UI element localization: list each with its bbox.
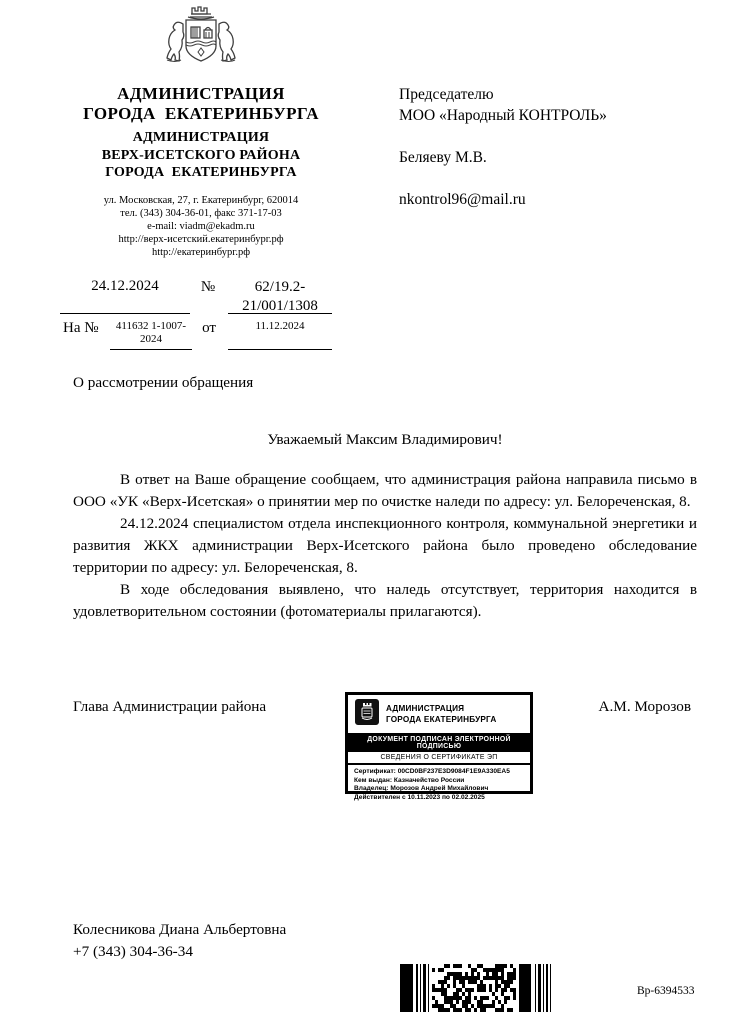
executor-name: Колесникова Диана Альбертовна	[73, 919, 286, 941]
address-line: http://екатеринбург.рф	[40, 246, 362, 259]
letter-subject: О рассмотрении обращения	[73, 374, 573, 392]
recipient-name: Беляеву М.В.	[399, 147, 699, 168]
recipient-position: Председателю	[399, 84, 699, 105]
recipient-block: Председателю МОО «Народный КОНТРОЛЬ» Бел…	[399, 84, 699, 210]
document-barcode	[400, 964, 565, 1012]
stamp-cert-validity: Действителен с 10.11.2023 по 02.02.2025	[354, 794, 528, 803]
reply-to-label: На №	[63, 320, 107, 337]
outgoing-number: 62/19.2-21/001/1308	[228, 278, 332, 314]
from-label: от	[192, 320, 226, 337]
greeting-line: Уважаемый Максим Владимирович!	[73, 431, 697, 449]
letter-body: В ответ на Ваше обращение сообщаем, что …	[73, 469, 697, 623]
outgoing-date: 24.12.2024	[60, 278, 190, 314]
org-address-block: ул. Московская, 27, г. Екатеринбург, 620…	[40, 194, 362, 259]
org-city-title: АДМИНИСТРАЦИЯ ГОРОДА ЕКАТЕРИНБУРГА	[40, 84, 362, 124]
executor-phone: +7 (343) 304-36-34	[73, 941, 286, 963]
stamp-signed-banner: ДОКУМЕНТ ПОДПИСАН ЭЛЕКТРОННОЙ ПОДПИСЬЮ	[348, 733, 530, 752]
barcode-number: Вр-6394533	[637, 985, 695, 997]
stamp-cert-header: СВЕДЕНИЯ О СЕРТИФИКАТЕ ЭП	[348, 752, 530, 766]
address-line: тел. (343) 304-36-01, факс 371-17-03	[40, 207, 362, 220]
address-line: e-mail: viadm@ekadm.ru	[40, 220, 362, 233]
executor-block: Колесникова Диана Альбертовна +7 (343) 3…	[73, 919, 286, 963]
incoming-date: 11.12.2024	[228, 320, 332, 350]
stamp-coat-of-arms-icon	[355, 699, 379, 730]
incoming-number: 411632 1-1007-2024	[110, 320, 192, 350]
signatory-position: Глава Администрации района	[73, 698, 266, 716]
org-district-title: АДМИНИСТРАЦИЯ ВЕРХ-ИСЕТСКОГО РАЙОНА ГОРО…	[40, 129, 362, 182]
address-line: http://верх-исетский.екатеринбург.рф	[40, 233, 362, 246]
stamp-header: АДМИНИСТРАЦИЯ ГОРОДА ЕКАТЕРИНБУРГА	[348, 695, 530, 733]
body-paragraph: 24.12.2024 специалистом отдела инспекцио…	[73, 513, 697, 579]
stamp-cert-owner: Владелец: Морозов Андрей Михайлович	[354, 785, 528, 794]
digital-signature-stamp: АДМИНИСТРАЦИЯ ГОРОДА ЕКАТЕРИНБУРГА ДОКУМ…	[345, 692, 533, 794]
recipient-email: nkontrol96@mail.ru	[399, 189, 699, 210]
stamp-cert-number: Сертификат: 00CD0BF237E3D9084F1E9A330EA5	[354, 768, 528, 777]
signatory-name: А.М. Морозов	[599, 698, 691, 716]
body-paragraph: В ходе обследования выявлено, что наледь…	[73, 579, 697, 623]
recipient-organization: МОО «Народный КОНТРОЛЬ»	[399, 105, 699, 126]
letter-page: АДМИНИСТРАЦИЯ ГОРОДА ЕКАТЕРИНБУРГА АДМИН…	[0, 0, 739, 1023]
stamp-cert-details: Сертификат: 00CD0BF237E3D9084F1E9A330EA5…	[348, 765, 530, 805]
stamp-org-name: АДМИНИСТРАЦИЯ ГОРОДА ЕКАТЕРИНБУРГА	[386, 704, 497, 725]
number-sign-label: №	[190, 279, 226, 296]
address-line: ул. Московская, 27, г. Екатеринбург, 620…	[40, 194, 362, 207]
city-coat-of-arms-icon	[155, 4, 247, 70]
stamp-cert-issuer: Кем выдан: Казначейство России	[354, 777, 528, 786]
body-paragraph: В ответ на Ваше обращение сообщаем, что …	[73, 469, 697, 513]
